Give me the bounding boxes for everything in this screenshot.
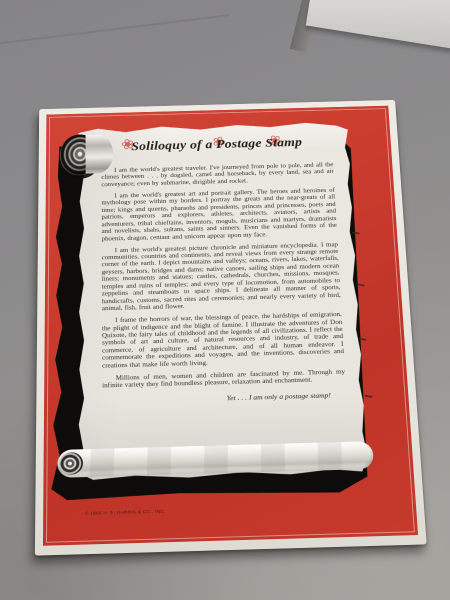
background-seam <box>0 14 229 48</box>
scroll-illustration: ❀ ❀ ❀ Soliloquy of a Postage Stamp I am … <box>57 121 386 520</box>
scroll-top-roll <box>60 134 99 176</box>
scroll-title-text: Soliloquy of a Postage Stamp <box>131 136 302 153</box>
scroll-paragraph: I am the world's greatest art and portra… <box>101 187 337 243</box>
red-panel: ❀ ❀ ❀ Soliloquy of a Postage Stamp I am … <box>43 106 418 546</box>
scroll-paragraph: I am the world's greatest traveler. I've… <box>101 161 334 188</box>
scroll-paragraph: Millions of men, women and children are … <box>102 368 345 390</box>
paper-crease <box>365 395 373 398</box>
paper-crease <box>357 284 365 287</box>
scroll-text: ❀ ❀ ❀ Soliloquy of a Postage Stamp I am … <box>101 134 346 405</box>
scroll-paragraph: I frame the horrors of war, the blessing… <box>102 311 345 370</box>
background-box <box>306 0 450 50</box>
photo-background: ❀ ❀ ❀ Soliloquy of a Postage Stamp I am … <box>0 0 450 600</box>
scroll-paragraph: I am the world's greatest picture chroni… <box>102 241 342 313</box>
stamp-album-box: ❀ ❀ ❀ Soliloquy of a Postage Stamp I am … <box>35 100 427 556</box>
